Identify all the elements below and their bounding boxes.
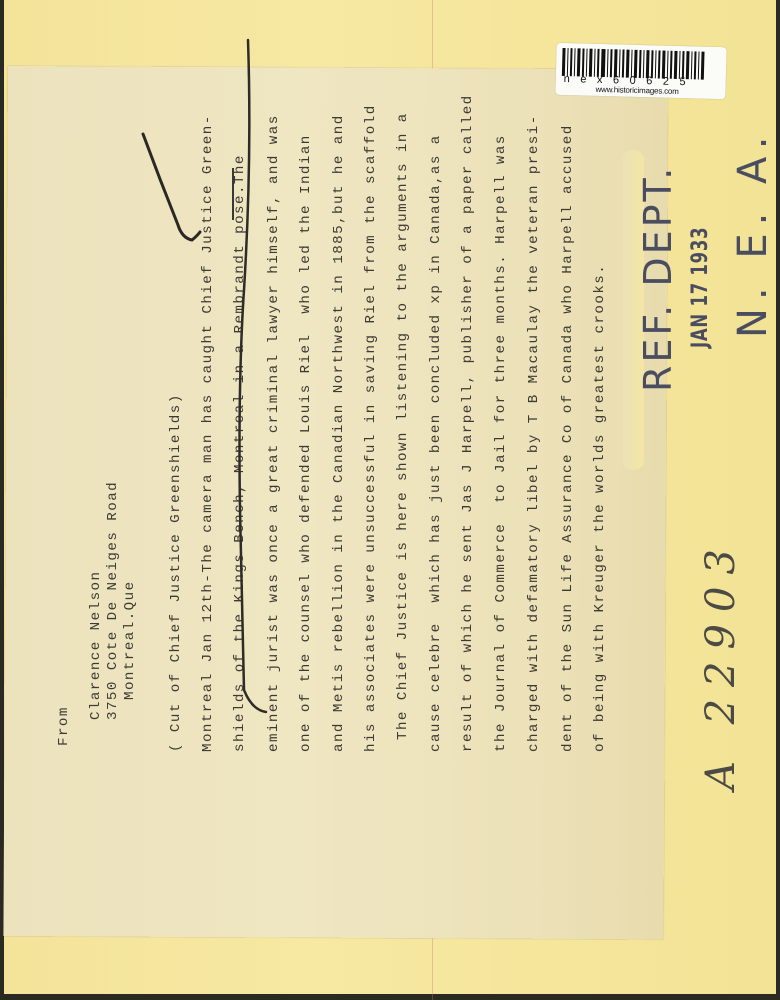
- body-line-12: dent of the Sun Life Assurance Co of Can…: [560, 124, 576, 752]
- body-line-9: result of which he sent Jas J Harpell, p…: [460, 94, 476, 752]
- body-line-4: one of the counsel who defended Louis Ri…: [298, 134, 314, 752]
- nea-stamp: N. E. A.: [730, 129, 776, 338]
- catalog-number: A 22903: [698, 537, 744, 790]
- sender-name: Clarence Nelson: [88, 571, 104, 720]
- body-line-5: and Metis rebellion in the Canadian Nort…: [331, 114, 347, 752]
- body-line-1: Montreal Jan 12th-The camera man has cau…: [200, 114, 216, 752]
- caption-title: ( Cut of Chief Justice Greenshields): [168, 393, 184, 752]
- sender-street: 3750 Cote De Neiges Road: [105, 481, 121, 720]
- body-line-11: charged with defamatory libel by T B Mac…: [526, 114, 542, 752]
- ref-dept-stamp: REF. DEPT.: [636, 165, 680, 392]
- body-line-8: cause celebre which has just been conclu…: [428, 134, 444, 752]
- body-line-13: of being with Kreuger the worlds greates…: [592, 264, 608, 752]
- sender-city: Montreal.Que: [122, 580, 138, 700]
- from-label: From: [56, 706, 72, 746]
- body-line-3: eminent jurist was once a great criminal…: [266, 114, 282, 752]
- date-stamp: JAN 17 1933: [688, 227, 713, 348]
- body-line-10: the Journal of Commerce to Jail for thre…: [493, 134, 509, 752]
- body-line-7: The Chief Justice is here shown listenin…: [395, 112, 411, 740]
- barcode-url: www.historicimages.com: [595, 85, 678, 96]
- body-line-6: his associates were unsuccessful in savi…: [363, 104, 379, 752]
- body-line-2: shields of the Kings Bench, Montreal in …: [232, 154, 248, 752]
- barcode-label: nex60625 www.historicimages.com: [555, 43, 726, 99]
